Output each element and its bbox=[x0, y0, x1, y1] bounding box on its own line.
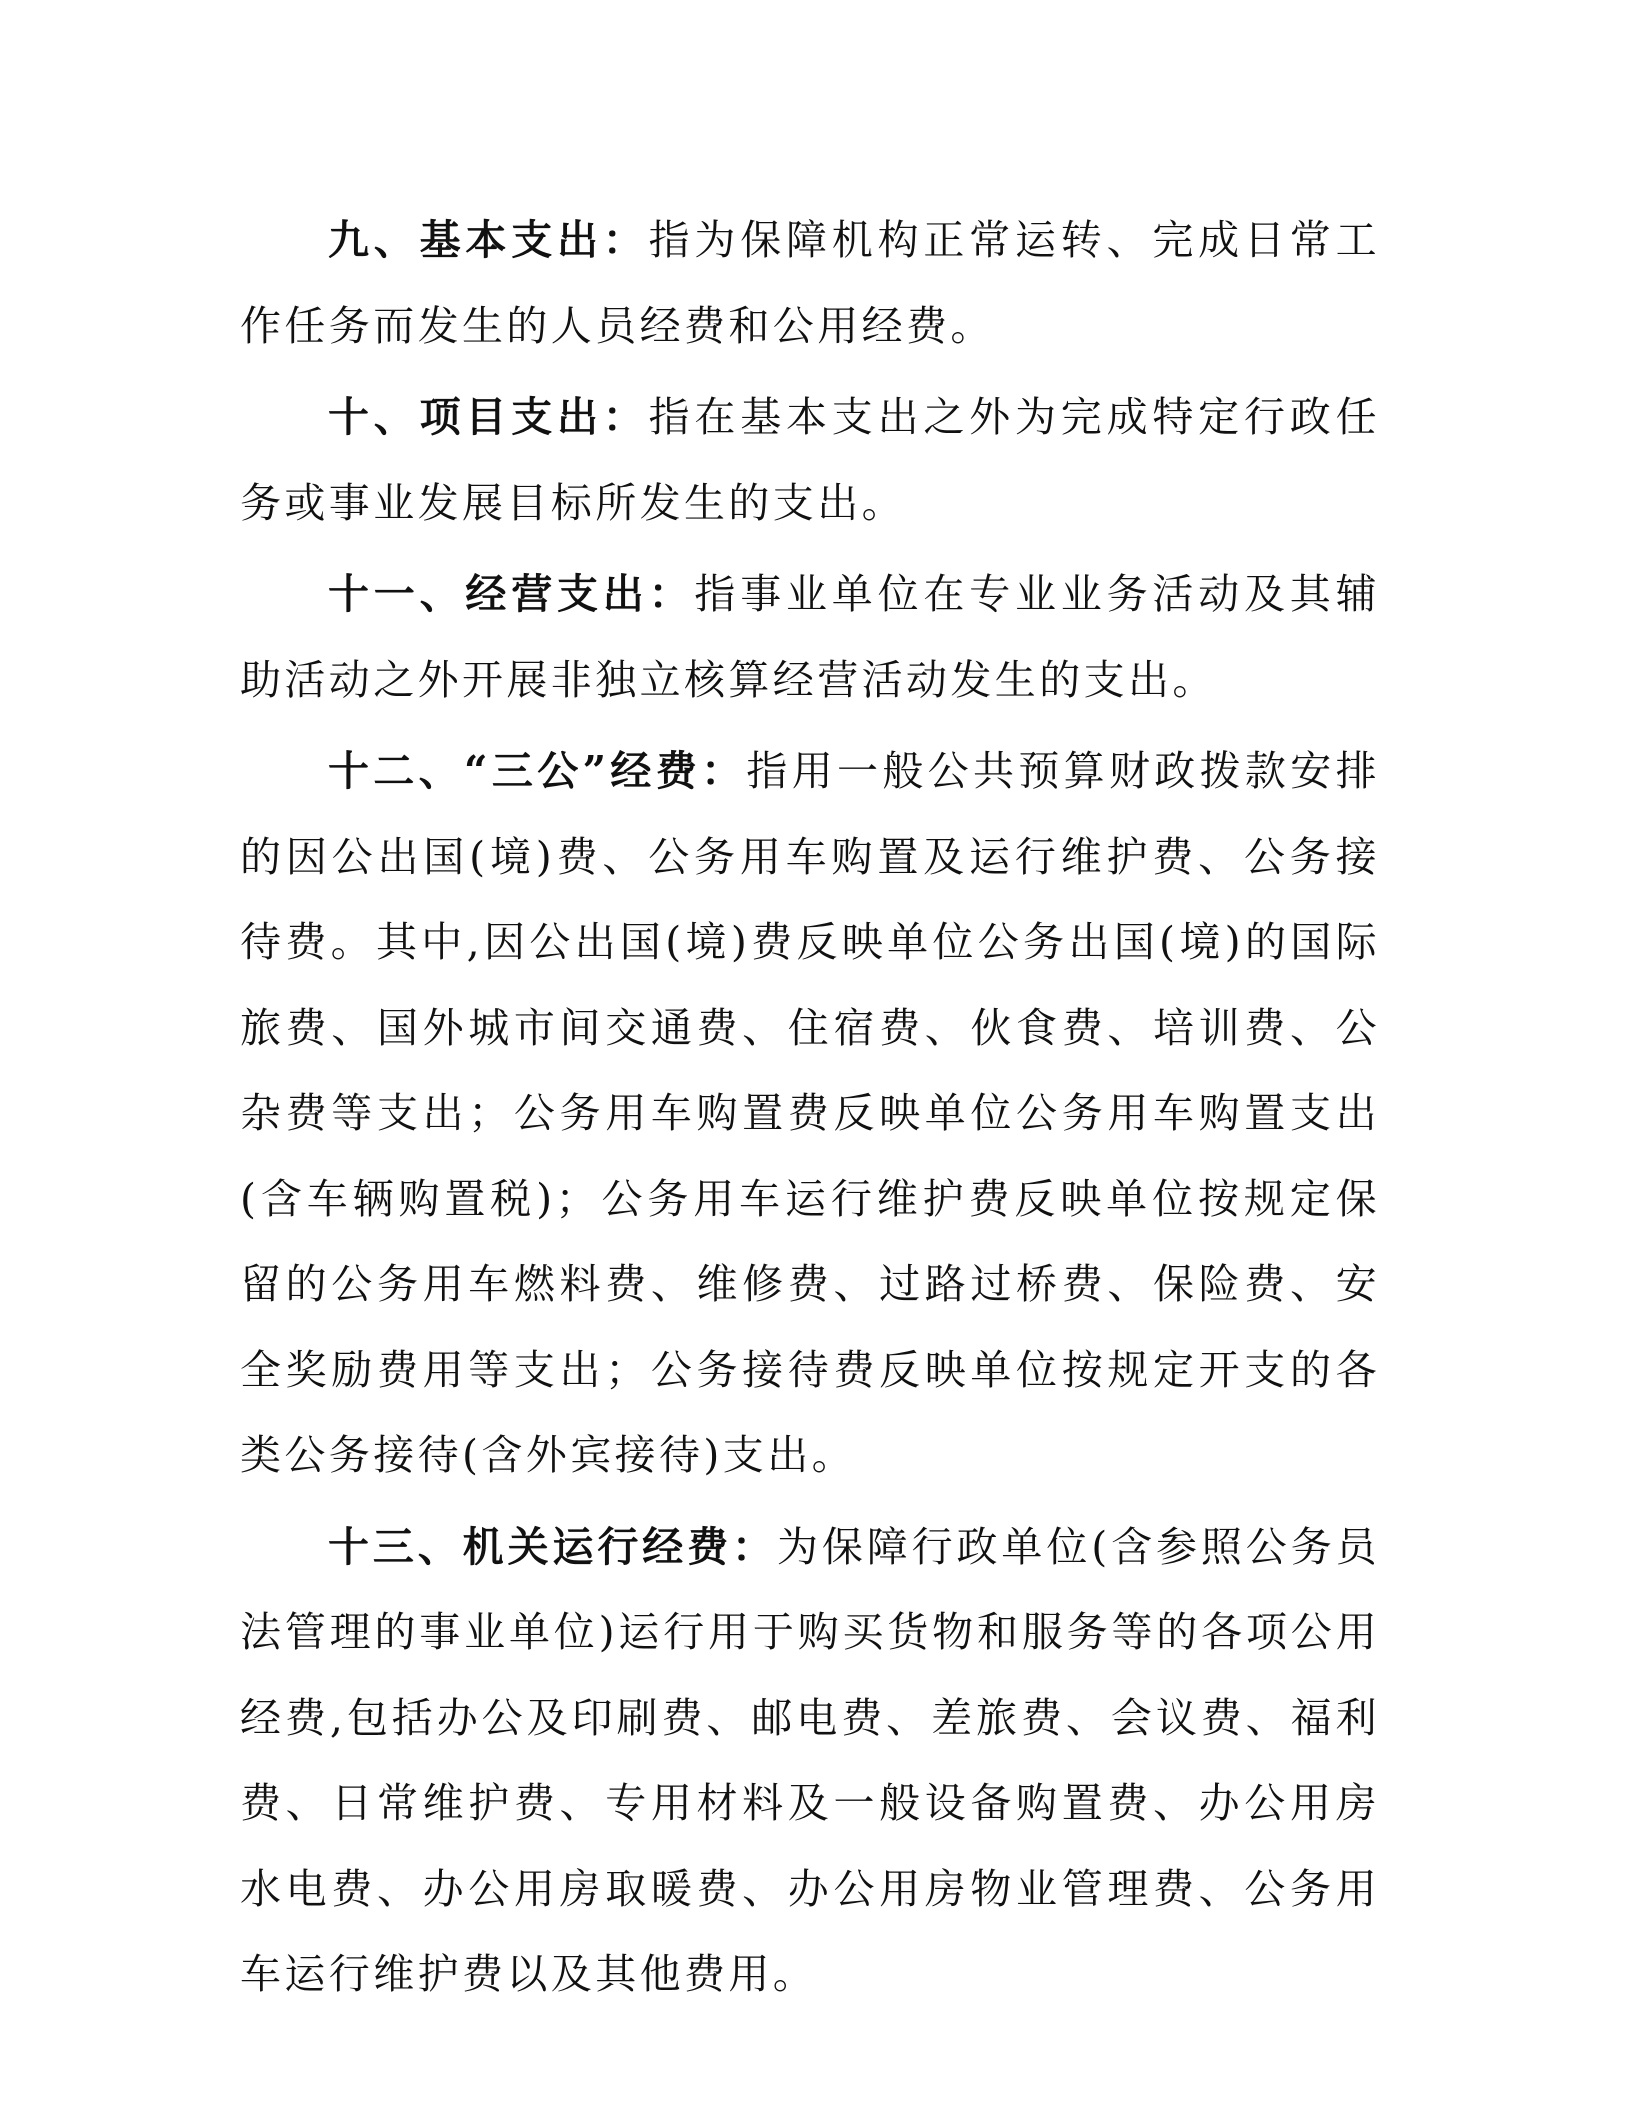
term-heading: 十二、“三公”经费： bbox=[328, 747, 746, 795]
term-heading: 十一、经营支出： bbox=[328, 570, 694, 618]
term-heading: 九、基本支出： bbox=[328, 216, 649, 264]
term-definition: 为保障行政单位(含参照公务员法管理的事业单位)运行用于购买货物和服务等的各项公用… bbox=[240, 1523, 1380, 1999]
term-heading: 十三、机关运行经费： bbox=[328, 1523, 777, 1571]
paragraph-agency-operating-expenses: 十三、机关运行经费：为保障行政单位(含参照公务员法管理的事业单位)运行用于购买货… bbox=[240, 1505, 1380, 2018]
paragraph-project-expenditure: 十、项目支出：指在基本支出之外为完成特定行政任务或事业发展目标所发生的支出。 bbox=[240, 375, 1380, 546]
paragraph-operating-expenditure: 十一、经营支出：指事业单位在专业业务活动及其辅助活动之外开展非独立核算经营活动发… bbox=[240, 552, 1380, 723]
paragraph-basic-expenditure: 九、基本支出：指为保障机构正常运转、完成日常工作任务而发生的人员经费和公用经费。 bbox=[240, 198, 1380, 369]
document-page: 九、基本支出：指为保障机构正常运转、完成日常工作任务而发生的人员经费和公用经费。… bbox=[240, 198, 1380, 2018]
term-heading: 十、项目支出： bbox=[328, 393, 649, 441]
paragraph-three-public-expenses: 十二、“三公”经费：指用一般公共预算财政拨款安排的因公出国(境)费、公务用车购置… bbox=[240, 729, 1380, 1499]
term-definition: 指用一般公共预算财政拨款安排的因公出国(境)费、公务用车购置及运行维护费、公务接… bbox=[240, 747, 1380, 1479]
